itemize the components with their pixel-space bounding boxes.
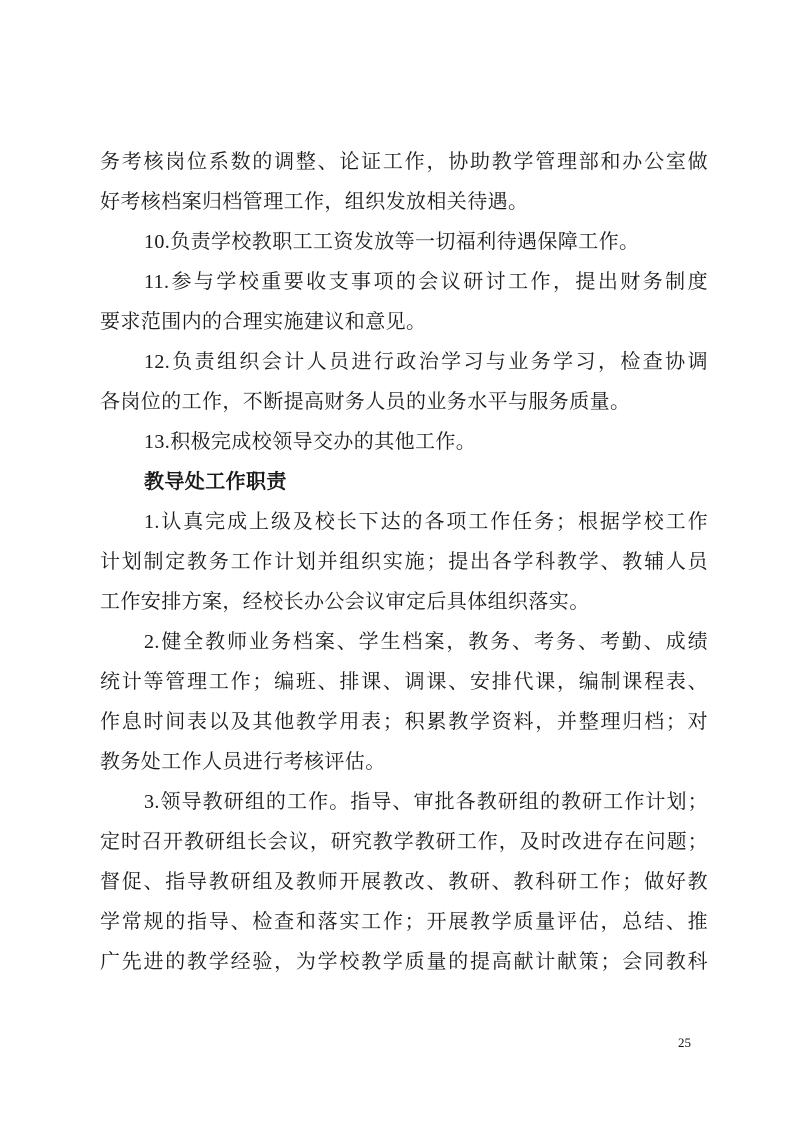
text-line: 3.领导教研组的工作。指导、审批各教研组的教研工作计划； — [100, 782, 708, 822]
text-line: 工作安排方案，经校长办公会议审定后具体组织落实。 — [100, 582, 708, 622]
text-line: 计划制定教务工作计划并组织实施；提出各学科教学、教辅人员 — [100, 542, 708, 582]
page-number: 25 — [678, 1034, 691, 1052]
text-line: 统计等管理工作；编班、排课、调课、安排代课，编制课程表、 — [100, 662, 708, 702]
document-page: 务考核岗位系数的调整、论证工作，协助教学管理部和办公室做 好考核档案归档管理工作… — [0, 0, 793, 1122]
text-line: 学常规的指导、检查和落实工作；开展教学质量评估，总结、推 — [100, 902, 708, 942]
text-line: 督促、指导教研组及教师开展教改、教研、教科研工作；做好教 — [100, 862, 708, 902]
text-line: 教务处工作人员进行考核评估。 — [100, 742, 708, 782]
text-line: 1.认真完成上级及校长下达的各项工作任务；根据学校工作 — [100, 502, 708, 542]
section-heading: 教导处工作职责 — [100, 462, 708, 502]
text-line: 13.积极完成校领导交办的其他工作。 — [100, 422, 708, 462]
text-line: 11.参与学校重要收支事项的会议研讨工作，提出财务制度 — [100, 262, 708, 302]
text-line: 作息时间表以及其他教学用表；积累教学资料，并整理归档；对 — [100, 702, 708, 742]
text-line: 定时召开教研组长会议，研究教学教研工作，及时改进存在问题； — [100, 822, 708, 862]
text-line: 广先进的教学经验，为学校教学质量的提高献计献策；会同教科 — [100, 942, 708, 982]
body-text: 务考核岗位系数的调整、论证工作，协助教学管理部和办公室做 好考核档案归档管理工作… — [100, 142, 708, 982]
text-line: 各岗位的工作，不断提高财务人员的业务水平与服务质量。 — [100, 382, 708, 422]
text-line: 务考核岗位系数的调整、论证工作，协助教学管理部和办公室做 — [100, 142, 708, 182]
text-line: 12.负责组织会计人员进行政治学习与业务学习，检查协调 — [100, 342, 708, 382]
text-line: 2.健全教师业务档案、学生档案，教务、考务、考勤、成绩 — [100, 622, 708, 662]
text-line: 好考核档案归档管理工作，组织发放相关待遇。 — [100, 182, 708, 222]
text-line: 要求范围内的合理实施建议和意见。 — [100, 302, 708, 342]
text-line: 10.负责学校教职工工资发放等一切福利待遇保障工作。 — [100, 222, 708, 262]
